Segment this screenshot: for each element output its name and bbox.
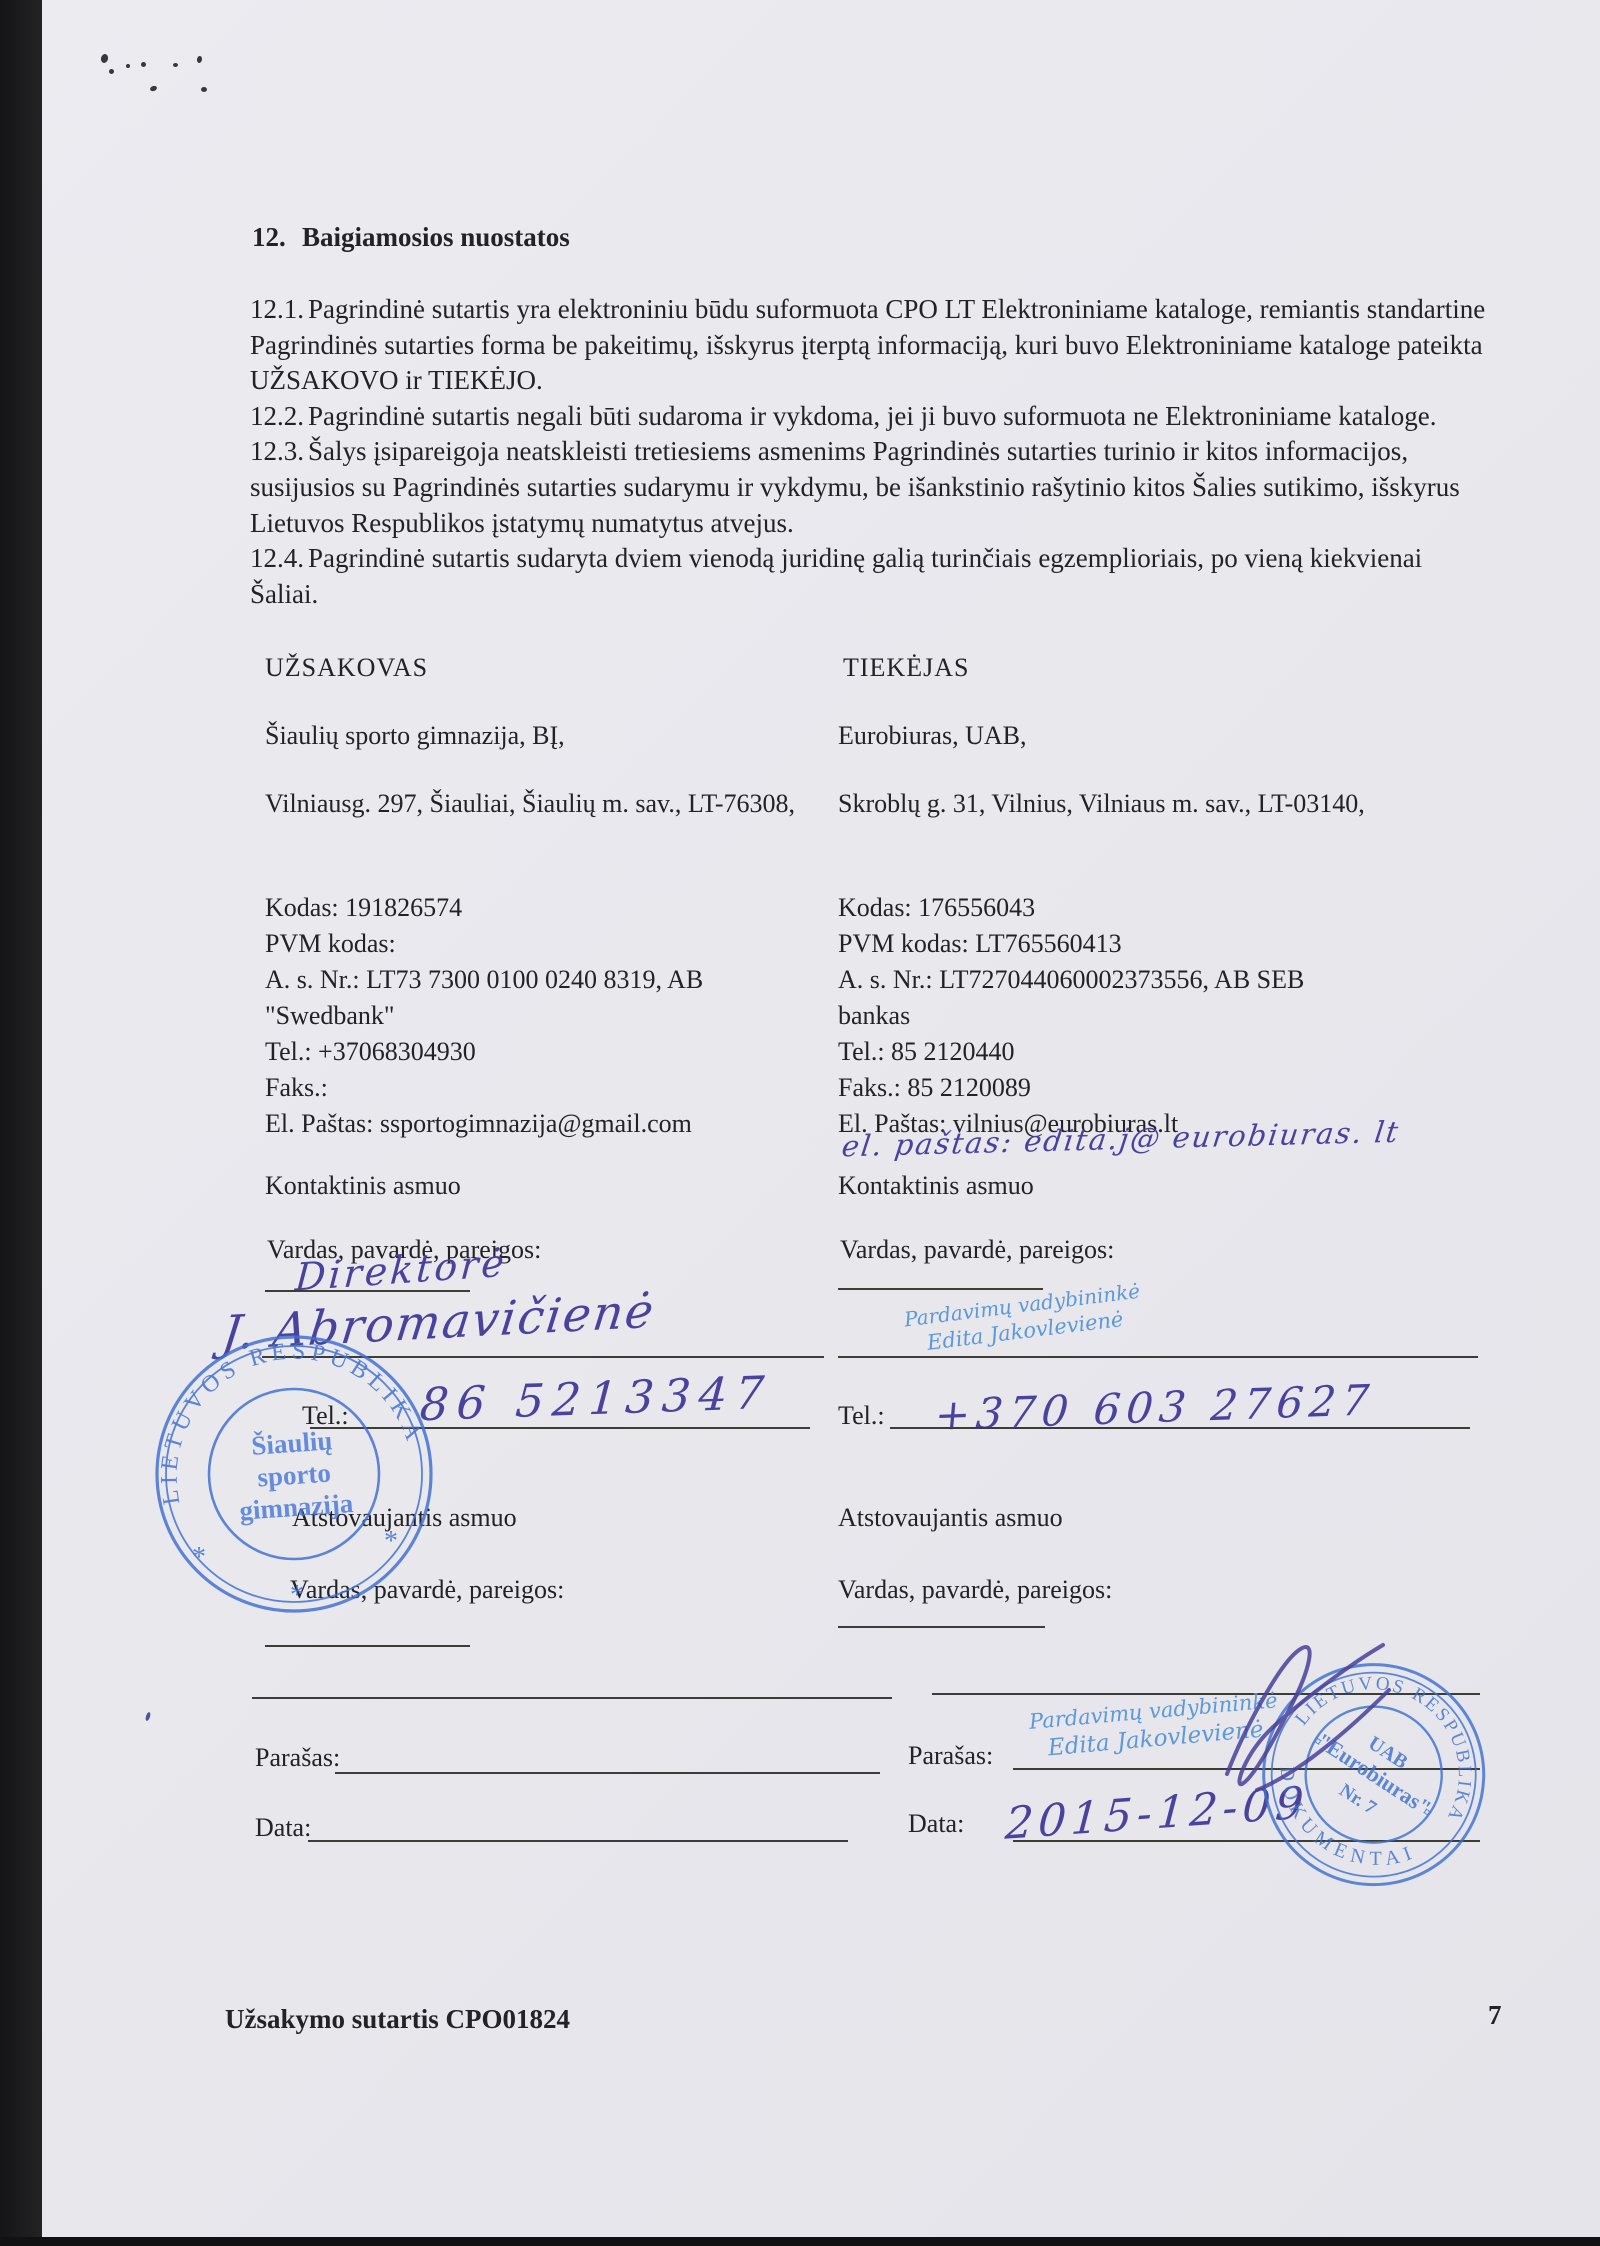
- buyer-phone: Tel.: +37068304930: [265, 1034, 775, 1070]
- clause-12-1: 12.1.Pagrindinė sutartis yra elektronini…: [250, 292, 1490, 399]
- handwritten-phone: 86 5213347: [418, 1366, 773, 1431]
- stamp-star: *: [290, 1580, 304, 1611]
- handwritten-phone: +370 603 27627: [933, 1375, 1377, 1440]
- stamp-star: *: [192, 1542, 206, 1573]
- buyer-date-label: Data:: [255, 1810, 311, 1846]
- signature-blank-line: [335, 1772, 880, 1774]
- section-heading: 12.Baigiamosios nuostatos: [252, 222, 570, 253]
- supplier-name: Eurobiuras, UAB,: [838, 718, 1026, 754]
- staple-mark: [173, 63, 178, 67]
- buyer-details: Kodas: 191826574 PVM kodas: A. s. Nr.: L…: [265, 890, 775, 1142]
- section-title: Baigiamosios nuostatos: [302, 222, 570, 252]
- supplier-tel-label: Tel.:: [838, 1398, 885, 1434]
- staple-mark: [149, 85, 157, 92]
- gimnazija-round-stamp: LIETUVOS RESPUBLIKA Šiaulių sporto gimna…: [148, 1328, 440, 1620]
- clause-12-4: 12.4.Pagrindinė sutartis sudaryta dviem …: [250, 541, 1490, 612]
- name-line: [838, 1288, 1043, 1290]
- supplier-name-fields-label: Vardas, pavardė, pareigos:: [840, 1232, 1114, 1268]
- page-number: 7: [1488, 2000, 1502, 2031]
- name-line: [252, 1697, 892, 1699]
- supplier-signature-label: Parašas:: [908, 1738, 993, 1774]
- phone-line: [890, 1427, 1470, 1429]
- supplier-name-fields-label-2: Vardas, pavardė, pareigos:: [838, 1572, 1112, 1608]
- clause-number: 12.2.: [250, 399, 308, 435]
- supplier-details: Kodas: 176556043 PVM kodas: LT765560413 …: [838, 890, 1366, 1142]
- scanned-contract-page: 12.Baigiamosios nuostatos 12.1.Pagrindin…: [0, 0, 1600, 2246]
- staple-mark: [196, 56, 202, 64]
- buyer-signature-label: Parašas:: [255, 1740, 340, 1776]
- stamp-star: *: [384, 1526, 398, 1557]
- buyer-heading: UŽSAKOVAS: [265, 650, 428, 686]
- supplier-contact-label: Kontaktinis asmuo: [838, 1168, 1034, 1204]
- clause-text: Pagrindinė sutartis sudaryta dviem vieno…: [250, 543, 1422, 609]
- clause-number: 12.1.: [250, 292, 308, 328]
- buyer-vat-code: PVM kodas:: [265, 926, 775, 962]
- buyer-email: El. Paštas: ssportogimnazija@gmail.com: [265, 1106, 775, 1142]
- scan-edge-left: [0, 0, 42, 2246]
- buyer-code: Kodas: 191826574: [265, 890, 775, 926]
- scan-edge-bottom: [0, 2237, 1600, 2246]
- supplier-vat-code: PVM kodas: LT765560413: [838, 926, 1366, 962]
- clause-text: Pagrindinė sutartis negali būti sudaroma…: [308, 401, 1437, 431]
- supplier-heading: TIEKĖJAS: [843, 650, 969, 686]
- name-line: [265, 1645, 470, 1647]
- signature-scribble: [1195, 1612, 1405, 1812]
- buyer-address: Vilniausg. 297, Šiauliai, Šiaulių m. sav…: [265, 786, 821, 822]
- supplier-address: Skroblų g. 31, Vilnius, Vilniaus m. sav.…: [838, 786, 1394, 822]
- staple-mark: [126, 64, 130, 68]
- name-line: [838, 1626, 1045, 1628]
- supplier-code: Kodas: 176556043: [838, 890, 1366, 926]
- supplier-date-label: Data:: [908, 1806, 964, 1842]
- section-number: 12.: [252, 222, 302, 253]
- staple-mark: [201, 87, 207, 92]
- pen-mark: [145, 1712, 152, 1722]
- clause-number: 12.4.: [250, 541, 308, 577]
- stamp-center-line: sporto: [256, 1457, 331, 1492]
- footer-contract-id: Užsakymo sutartis CPO01824: [225, 2004, 570, 2035]
- staple-mark: [109, 69, 114, 74]
- clause-text: Šalys įsipareigoja neatskleisti tretiesi…: [250, 436, 1460, 537]
- date-blank-line: [308, 1840, 848, 1842]
- stamp-center-line: gimnazija: [238, 1488, 354, 1526]
- clauses-block: 12.1.Pagrindinė sutartis yra elektronini…: [250, 292, 1490, 612]
- staple-mark: [141, 62, 146, 67]
- clause-12-2: 12.2.Pagrindinė sutartis negali būti sud…: [250, 399, 1490, 435]
- signature-line: [838, 1356, 1478, 1358]
- stamp-center-line: Šiaulių: [250, 1425, 333, 1461]
- role-stamp: Pardavimų vadybininkė Edita Jakovlevienė: [903, 1278, 1145, 1360]
- supplier-fax: Faks.: 85 2120089: [838, 1070, 1366, 1106]
- buyer-fax: Faks.:: [265, 1070, 775, 1106]
- supplier-phone: Tel.: 85 2120440: [838, 1034, 1366, 1070]
- buyer-name: Šiaulių sporto gimnazija, BĮ,: [265, 718, 565, 754]
- buyer-account: A. s. Nr.: LT73 7300 0100 0240 8319, AB …: [265, 962, 775, 1034]
- signature-line: [265, 1290, 470, 1292]
- clause-text: Pagrindinė sutartis yra elektroniniu būd…: [250, 294, 1485, 395]
- staple-mark: [100, 53, 109, 63]
- supplier-representative-label: Atstovaujantis asmuo: [838, 1500, 1063, 1536]
- supplier-account: A. s. Nr.: LT727044060002373556, AB SEB …: [838, 962, 1366, 1034]
- clause-12-3: 12.3.Šalys įsipareigoja neatskleisti tre…: [250, 434, 1490, 541]
- buyer-contact-label: Kontaktinis asmuo: [265, 1168, 461, 1204]
- clause-number: 12.3.: [250, 434, 308, 470]
